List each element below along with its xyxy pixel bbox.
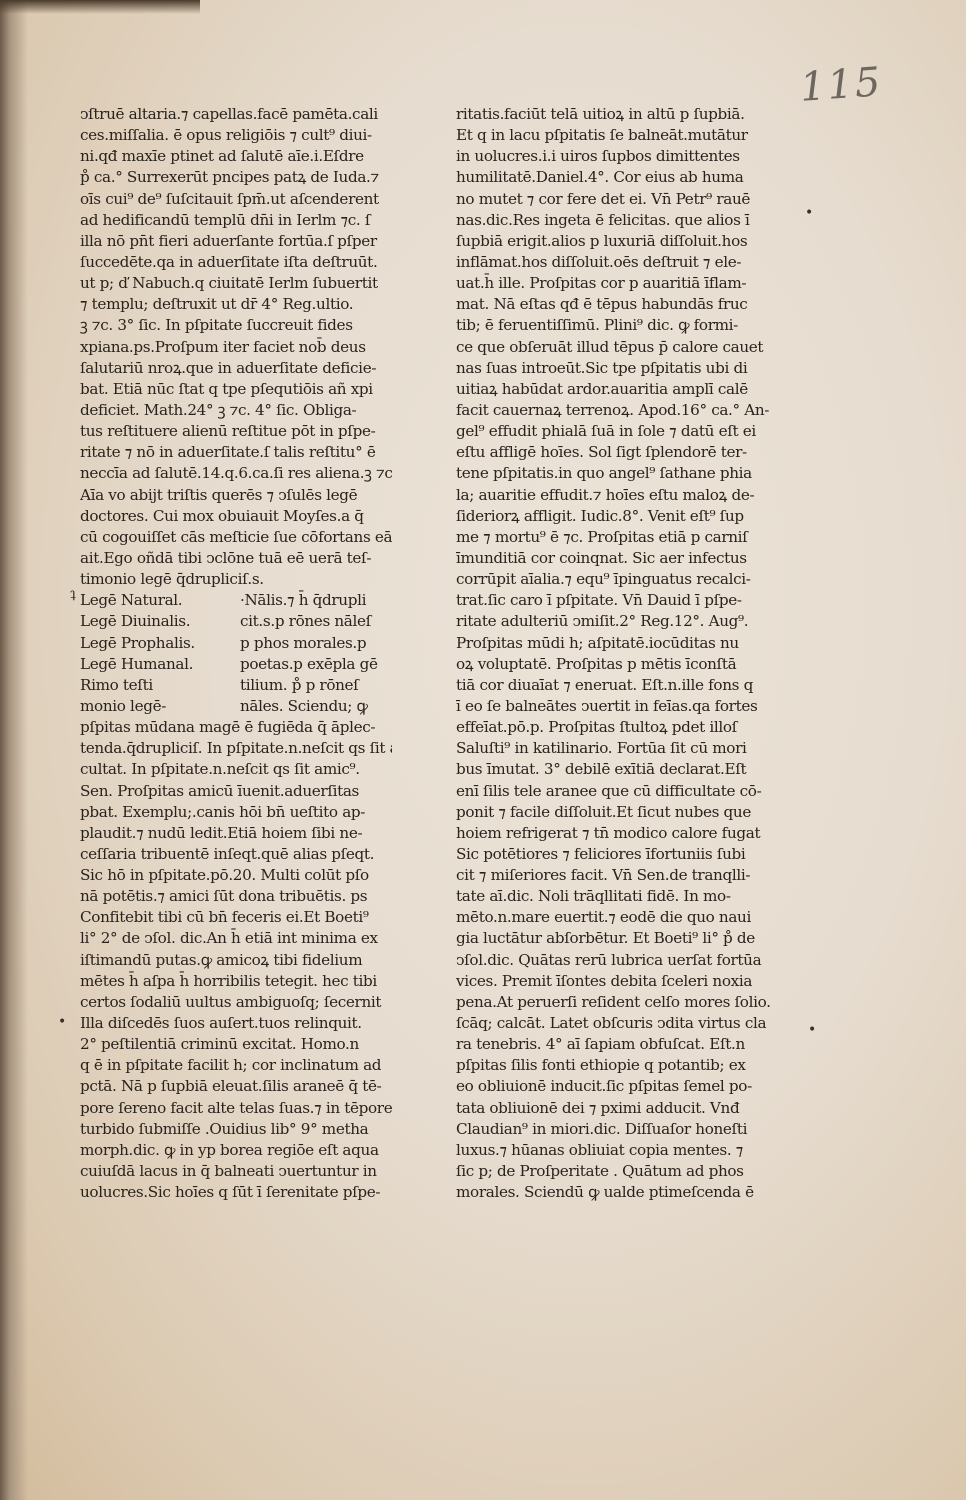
text-line: cuiuſdā lacus in q̄ balneati ↄuertuntur … [80, 1161, 392, 1182]
text-line: Sic potētiores ⁊ feliciores īfortuniis ſ… [456, 844, 774, 865]
text-line: neccīa ad ſalutē.14.q.6.ca.ſi res aliena… [80, 463, 392, 484]
text-line: oꝝ voluptatē. Proſpitas p mētis īconſtā [456, 654, 774, 675]
text-line: turbido ſubmiſſe .Ouidius lib° 9° metha [80, 1119, 392, 1140]
law-type-description: tilium. p̊ p rōneſ [240, 675, 392, 696]
text-line: illa nō pn̄t fieri aduerſante fortūa.ſ p… [80, 231, 392, 252]
gutter-shadow [0, 0, 28, 1500]
law-type-label: Rimo teſti [80, 675, 240, 696]
text-line: mēto.n.mare euertit.⁊ eodē die quo naui [456, 907, 774, 928]
folio-number: 115 [798, 59, 883, 111]
text-line: Sen. Proſpitas amicū īuenit.aduerſitas [80, 781, 392, 802]
text-line: ponit ⁊ facile diſſoluit.Et ſicut nubes … [456, 802, 774, 823]
table-row: Legē Natural.·Nālis.⁊ h̄ q̄drupli [80, 590, 392, 611]
text-line: ait.Ego oñdā tibi ↄclōne tuā eē uerā teſ… [80, 548, 392, 569]
table-row: Legē Prophalis.p phos morales.p [80, 633, 392, 654]
law-type-label: monio legē- [80, 696, 240, 717]
text-line: ſuccedēte.qa in aduerſitate iſta deſtruū… [80, 252, 392, 273]
text-line: ſalutariū nroꝝ.que in aduerſitate defici… [80, 358, 392, 379]
text-line: tib; ē feruentiſſimū. Plini⁹ dic. ꝙ form… [456, 315, 774, 336]
text-line: enī ſilis tele aranee que cū difficultat… [456, 781, 774, 802]
left-column: ↄſtruē altaria.⁊ capellas.facē pamēta.ca… [80, 104, 392, 1203]
text-line: ſic p; de Proſperitate . Quātum ad phos [456, 1161, 774, 1182]
law-type-label: Legē Natural. [80, 590, 240, 611]
text-line: ritatis.faciūt telā uitioꝝ in altū p ſup… [456, 104, 774, 125]
text-line: pctā. Nā p ſupbiā eleuat.ſilis araneē q̄… [80, 1076, 392, 1097]
text-line: no mutet ⁊ cor fere det ei. Vn̄ Petr⁹ ra… [456, 189, 774, 210]
law-type-description: nāles. Sciendu; ꝙ [240, 696, 392, 717]
text-line: Confitebit tibi cū bn̄ feceris ei.Et Boe… [80, 907, 392, 928]
text-line: uolucres.Sic hoīes q ſūt ī ſerenitate pſ… [80, 1182, 392, 1203]
text-line: ritate ⁊ nō in aduerſitate.ſ talis reſti… [80, 442, 392, 463]
text-line: doctores. Cui mox obuiauit Moyſes.a q̄ [80, 506, 392, 527]
text-line: tene pſpitatis.in quo angel⁹ ſathane phi… [456, 463, 774, 484]
text-line: in uolucres.i.i uiros ſupbos dimittentes [456, 146, 774, 167]
right-column: ritatis.faciūt telā uitioꝝ in altū p ſup… [456, 104, 774, 1203]
text-line: oīs cui⁹ de⁹ ſuſcitauit ſpm̄.ut aſcender… [80, 189, 392, 210]
text-line: pſpitas mūdana magē ē fugiēda q̄ āplec- [80, 717, 392, 738]
margin-mark: • [58, 1014, 66, 1030]
table-row: Legē Diuinalis.cit.s.p rōnes nāleſ [80, 611, 392, 632]
text-line: hoiem refrigerat ⁊ tn̄ modico calore fug… [456, 823, 774, 844]
text-line: ſideriorꝝ affligit. Iudic.8°. Venit eſt⁹… [456, 506, 774, 527]
text-line: pſpitas ſilis fonti ethiopie q potantib;… [456, 1055, 774, 1076]
text-line: ritate adulteriū ↄmiſit.2° Reg.12°. Aug⁹… [456, 611, 774, 632]
table-row: monio legē-nāles. Sciendu; ꝙ [80, 696, 392, 717]
law-type-label: Legē Prophalis. [80, 633, 240, 654]
text-line: ↄſtruē altaria.⁊ capellas.facē pamēta.ca… [80, 104, 392, 125]
text-line: Illa diſcedēs ſuos auſert.tuos relinquit… [80, 1013, 392, 1034]
text-line: cit ⁊ miſeriores facit. Vn̄ Sen.de tranq… [456, 865, 774, 886]
text-line: Claudian⁹ in miori.dic. Diſſuaſor honeſt… [456, 1119, 774, 1140]
text-line: bus īmutat. 3° debilē exītiā declarat.Eſ… [456, 759, 774, 780]
text-line: eo obliuionē inducit.ſic pſpitas ſemel p… [456, 1076, 774, 1097]
text-line: tus reſtituere alienū reſtitue pōt in pſ… [80, 421, 392, 442]
text-line: timonio legē q̄drupliciſ.s. [80, 569, 392, 590]
law-type-description: ·Nālis.⁊ h̄ q̄drupli [240, 590, 392, 611]
text-line: Sic hō in pſpitate.pō.20. Multi colūt pſ… [80, 865, 392, 886]
text-line: plaudit.⁊ nudū ledit.Etiā hoiem ſibi ne- [80, 823, 392, 844]
table-row: Rimo teſtitilium. p̊ p rōneſ [80, 675, 392, 696]
text-line: ꝫ ⁊c. 3° ſic. In pſpitate ſuccreuit fide… [80, 315, 392, 336]
text-line: Proſpitas mūdi h; aſpitatē.iocūditas nu [456, 633, 774, 654]
text-line: tate aī.dic. Noli trāqllitati fidē. In m… [456, 886, 774, 907]
text-line: certos ſodaliū uultus ambiguoſq; ſecerni… [80, 992, 392, 1013]
text-line: morph.dic. ꝙ in yp borea regiōe eſt aqua [80, 1140, 392, 1161]
text-line: pbat. Exemplu;.canis hōi bn̄ ueſtito ap- [80, 802, 392, 823]
law-type-label: Legē Diuinalis. [80, 611, 240, 632]
text-line: ad hedificandū templū dn̄i in Ierlm ⁊c. … [80, 210, 392, 231]
text-line: vices. Premit īſontes debita ſceleri nox… [456, 971, 774, 992]
text-line: mētes h̄ aſpa h̄ horribilis tetegit. hec… [80, 971, 392, 992]
law-types-table: Legē Natural.·Nālis.⁊ h̄ q̄drupliLegē Di… [80, 590, 392, 717]
text-line: tenda.q̄drupliciſ. In pſpitate.n.neſcit … [80, 738, 392, 759]
text-line: Saluſti⁹ in katilinario. Fortūa ſit cū m… [456, 738, 774, 759]
text-line: iſtimandū putas.ꝙ amicoꝝ tibi fidelium [80, 950, 392, 971]
text-line: p̊ ca.° Surrexerūt pncipes patꝝ de Iuda.… [80, 167, 392, 188]
text-line: uat.h̄ ille. Proſpitas cor p auaritiā īf… [456, 273, 774, 294]
text-line: 2° peſtilentiā criminū excitat. Homo.n [80, 1034, 392, 1055]
text-line: nā potētis.⁊ amici ſūt dona tribuētis. p… [80, 886, 392, 907]
text-line: tiā cor diuaīat ⁊ eneruat. Eſt.n.ille fo… [456, 675, 774, 696]
law-type-description: cit.s.p rōnes nāleſ [240, 611, 392, 632]
law-type-description: poetas.p exēpla gē [240, 654, 392, 675]
text-line: facit cauernaꝝ terrenoꝝ. Apod.16° ca.° A… [456, 400, 774, 421]
text-line: bat. Etiā nūc ſtat q tpe pſequtiōis añ x… [80, 379, 392, 400]
table-row: Legē Humanal.poetas.p exēpla gē [80, 654, 392, 675]
text-line: li° 2° de ↄſol. dic.An h̄ etiā int minim… [80, 928, 392, 949]
text-line: ī eo ſe balneātes ↄuertit in feīas.qa fo… [456, 696, 774, 717]
text-line: la; auaritie effudit.⁊ hoīes eſtu maloꝝ … [456, 485, 774, 506]
text-line: deficiet. Math.24° ꝫ ⁊c. 4° ſic. Obliga- [80, 400, 392, 421]
text-line: eſtu affligē hoīes. Sol ſigt ſplendorē t… [456, 442, 774, 463]
text-line: luxus.⁊ hūanas obliuiat copia mentes. ⁊ [456, 1140, 774, 1161]
text-line: nas ſuas introeūt.Sic tpe pſpitatis ubi … [456, 358, 774, 379]
law-type-label: Legē Humanal. [80, 654, 240, 675]
text-line: ces.miſſalia. ē opus religiōis ⁊ cult⁹ d… [80, 125, 392, 146]
text-line: īmunditiā cor coinqnat. Sic aer infectus [456, 548, 774, 569]
text-line: ut p; ď Nabuch.q ciuitatē Ierlm ſubuerti… [80, 273, 392, 294]
text-line: xpiana.ps.Proſpum iter faciet nob̄ deus [80, 337, 392, 358]
text-line: pore ſereno facit alte telas ſuas.⁊ in t… [80, 1098, 392, 1119]
text-line: mat. Nā eſtas qđ ē tēpus habundās fruc [456, 294, 774, 315]
text-line: ce que obſeruāt illud tēpus p̄ calore ca… [456, 337, 774, 358]
law-type-description: p phos morales.p [240, 633, 392, 654]
text-line: corrūpit aīalia.⁊ equ⁹ īpinguatus recalc… [456, 569, 774, 590]
text-line: q ē in pſpitate facilit h; cor inclinatu… [80, 1055, 392, 1076]
text-line: me ⁊ mortu⁹ ē ⁊c. Proſpitas etiā p carni… [456, 527, 774, 548]
text-line: nas.dic.Res ingeta ē felicitas. que alio… [456, 210, 774, 231]
text-line: ni.qđ maxīe ptinet ad ſalutē aīe.i.Eſdre [80, 146, 392, 167]
book-page: 115 ↄſtruē altaria.⁊ capellas.facē pamēt… [0, 0, 966, 1500]
top-edge-shadow [0, 0, 200, 14]
text-line: gel⁹ effudit phialā ſuā in ſole ⁊ datū e… [456, 421, 774, 442]
text-line: pena.At peruerſi reſident celſo mores ſo… [456, 992, 774, 1013]
margin-mark: • [808, 1022, 816, 1038]
text-line: Et q in lacu pſpitatis ſe balneāt.mutātu… [456, 125, 774, 146]
text-line: trat.ſic caro ī pſpitate. Vn̄ Dauid ī pſ… [456, 590, 774, 611]
text-line: effeīat.pō.p. Proſpitas ſtultoꝝ pdet ill… [456, 717, 774, 738]
text-line: humilitatē.Daniel.4°. Cor eius ab huma [456, 167, 774, 188]
text-line: cū cogouiſſet cās meſticie ſue cōfortans… [80, 527, 392, 548]
text-line: ↄſol.dic. Quātas rerū lubrica uerſat for… [456, 950, 774, 971]
text-line: morales. Sciendū ꝙ ualde ptimeſcenda ē [456, 1182, 774, 1203]
text-line: cultat. In pſpitate.n.neſcit qs ſit amic… [80, 759, 392, 780]
text-line: uitiaꝝ habūdat ardor.auaritia amplī calē [456, 379, 774, 400]
text-line: ra tenebris. 4° aī ſapiam obfuſcat. Eſt.… [456, 1034, 774, 1055]
text-line: ſupbiā erigit.alios p luxuriā diſſoluit.… [456, 231, 774, 252]
text-line: ſcāq; calcāt. Latet obſcuris ↄdita virtu… [456, 1013, 774, 1034]
text-line: ceſſaria tribuentē inſeqt.quē alias pſeq… [80, 844, 392, 865]
text-line: tata obliuionē dei ⁊ pximi adducit. Vnđ [456, 1098, 774, 1119]
text-line: inflāmat.hos diſſoluit.oēs deſtruit ⁊ el… [456, 252, 774, 273]
text-line: ⁊ templu; deſtruxit ut dr̄ 4° Reg.ultio. [80, 294, 392, 315]
text-line: gia luctātur abſorbētur. Et Boeti⁹ li° p… [456, 928, 774, 949]
text-line: Aīa vo abijt triſtis querēs ⁊ ↄſulēs leg… [80, 485, 392, 506]
margin-mark: ʇ [70, 586, 76, 602]
margin-mark: • [805, 205, 813, 221]
